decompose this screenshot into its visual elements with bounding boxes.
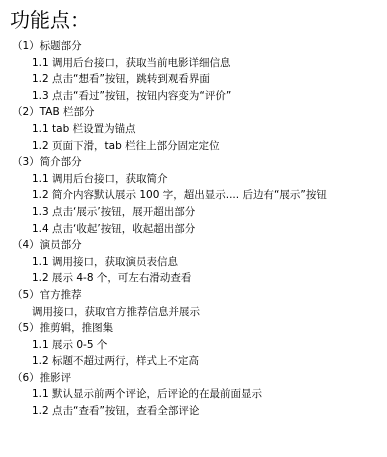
list-item: 1.1 tab 栏设置为锚点: [0, 121, 387, 138]
list-item: 1.1 默认显示前两个评论，后评论的在最前面显示: [0, 386, 387, 403]
list-item: 1.3 点击‘展示’按钮，展开超出部分: [0, 204, 387, 221]
list-item: 1.2 简介内容默认展示 100 字，超出显示.... 后边有“展示”按钮: [0, 187, 387, 204]
list-item: 1.3 点击“看过”按钮，按钮内容变为“评价”: [0, 88, 387, 105]
section-heading: （1）标题部分: [0, 38, 387, 55]
section-heading: （5）官方推荐: [0, 287, 387, 304]
section-heading: （2）TAB 栏部分: [0, 104, 387, 121]
section-heading: （5）推剪辑，推图集: [0, 320, 387, 337]
section-heading: （4）演员部分: [0, 237, 387, 254]
list-item: 1.2 点击“查看”按钮，查看全部评论: [0, 403, 387, 420]
list-item: 1.1 展示 0-5 个: [0, 337, 387, 354]
list-item: 1.2 标题不超过两行，样式上不定高: [0, 353, 387, 370]
section-heading: （3）简介部分: [0, 154, 387, 171]
list-item: 1.1 调用后台接口，获取简介: [0, 171, 387, 188]
list-item: 1.2 点击“想看”按钮，跳转到观看界面: [0, 71, 387, 88]
section-heading: （6）推影评: [0, 370, 387, 387]
feature-list: （1）标题部分 1.1 调用后台接口，获取当前电影详细信息 1.2 点击“想看”…: [0, 38, 387, 420]
list-item: 1.1 调用接口，获取演员表信息: [0, 254, 387, 271]
list-item: 调用接口，获取官方推荐信息并展示: [0, 304, 387, 321]
list-item: 1.4 点击‘收起’按钮，收起超出部分: [0, 221, 387, 238]
page-title: 功能点：: [10, 8, 90, 32]
list-item: 1.2 展示 4-8 个，可左右滑动查看: [0, 270, 387, 287]
list-item: 1.1 调用后台接口，获取当前电影详细信息: [0, 55, 387, 72]
list-item: 1.2 页面下滑，tab 栏往上部分固定定位: [0, 138, 387, 155]
